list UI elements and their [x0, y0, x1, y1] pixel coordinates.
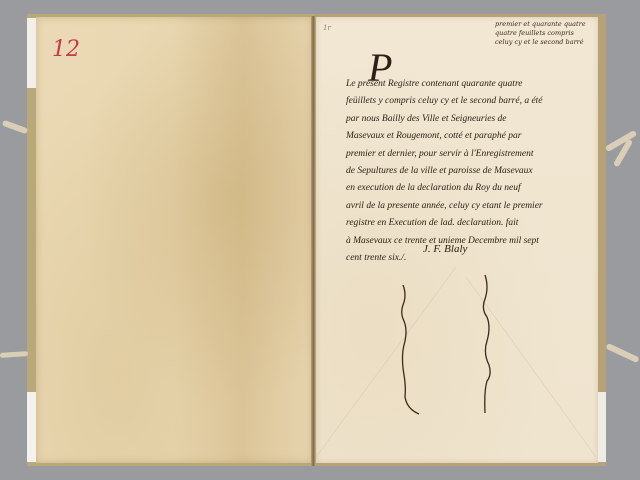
right-cover-corner — [598, 392, 606, 462]
top-left-tie-ribbon — [2, 120, 28, 135]
right-tie-ribbon-bottom — [605, 343, 639, 363]
page-number: 12 — [52, 37, 80, 62]
text-line: à Masevaux ce trente et unieme Decembre … — [346, 233, 596, 250]
text-line: cent trente six./. — [346, 250, 596, 267]
margin-note: premier et quarante quatre quatre feuill… — [495, 20, 600, 47]
text-line: premier et dernier, pour servir à l'Enre… — [346, 146, 596, 163]
text-line: Masevaux et Rougemont, cotté et paraphé … — [346, 128, 596, 145]
left-page — [36, 17, 312, 463]
manuscript-spread: 12 1r premier et quarante quatre quatre … — [0, 0, 640, 480]
text-line: en execution de la declaration du Roy du… — [346, 180, 596, 197]
margin-note-line: quatre feuillets compris — [495, 29, 600, 38]
text-line: de Sepultures de la ville et paroisse de… — [346, 163, 596, 180]
text-line: par nous Bailly des Ville et Seigneuries… — [346, 111, 596, 128]
register-text: Le present Registre contenant quarante q… — [346, 76, 596, 267]
text-line: avril de la presente année, celuy cy eta… — [346, 198, 596, 215]
margin-note-line: celuy cy et le second barré — [495, 38, 600, 47]
left-tie-ribbon — [0, 351, 28, 358]
signature: J. F. Blaly — [423, 243, 467, 255]
text-line: Le present Registre contenant quarante q… — [346, 76, 596, 93]
margin-note-line: premier et quarante quatre — [495, 20, 600, 29]
text-line: registre en Execution de lad. declaratio… — [346, 215, 596, 232]
folio-mark: 1r — [323, 24, 331, 32]
text-line: feüillets y compris celuy cy et le secon… — [346, 93, 596, 110]
